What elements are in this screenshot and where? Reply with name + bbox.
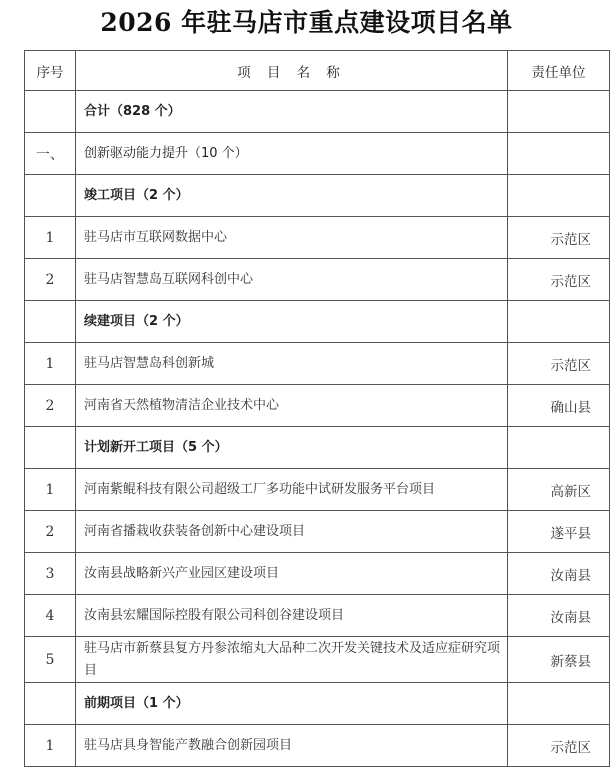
row-seq: 5 bbox=[25, 637, 76, 683]
row-unit: 汝南县 bbox=[508, 595, 610, 637]
table-row: 1 河南紫鲲科技有限公司超级工厂多功能中试研发服务平台项目 高新区 bbox=[25, 469, 610, 511]
row-seq: 2 bbox=[25, 259, 76, 301]
row-seq bbox=[25, 91, 76, 133]
row-name: 合计（828 个） bbox=[76, 91, 508, 133]
row-name: 前期项目（1 个） bbox=[76, 683, 508, 725]
row-unit bbox=[508, 175, 610, 217]
project-table: 序号 项 目 名 称 责任单位 合计（828 个） 一、 创新驱动能力提升（10… bbox=[24, 50, 610, 767]
row-name: 驻马店市新蔡县复方丹参浓缩丸大品种二次开发关键技术及适应症研究项目 bbox=[76, 637, 508, 683]
row-unit: 示范区 bbox=[508, 725, 610, 767]
row-seq bbox=[25, 301, 76, 343]
row-unit bbox=[508, 133, 610, 175]
row-seq bbox=[25, 427, 76, 469]
table-row: 4 汝南县宏耀国际控股有限公司科创谷建设项目 汝南县 bbox=[25, 595, 610, 637]
row-name: 驻马店智慧岛科创新城 bbox=[76, 343, 508, 385]
row-seq bbox=[25, 683, 76, 725]
row-seq: 1 bbox=[25, 469, 76, 511]
row-unit: 遂平县 bbox=[508, 511, 610, 553]
row-seq: 1 bbox=[25, 343, 76, 385]
row-unit bbox=[508, 427, 610, 469]
row-unit: 新蔡县 bbox=[508, 637, 610, 683]
group-row: 续建项目（2 个） bbox=[25, 301, 610, 343]
row-unit bbox=[508, 683, 610, 725]
row-seq: 3 bbox=[25, 553, 76, 595]
row-name: 驻马店智慧岛互联网科创中心 bbox=[76, 259, 508, 301]
row-unit: 示范区 bbox=[508, 259, 610, 301]
header-project-name: 项 目 名 称 bbox=[76, 51, 508, 91]
row-name: 汝南县战略新兴产业园区建设项目 bbox=[76, 553, 508, 595]
header-responsible-unit: 责任单位 bbox=[508, 51, 610, 91]
row-unit: 确山县 bbox=[508, 385, 610, 427]
row-name: 驻马店市互联网数据中心 bbox=[76, 217, 508, 259]
row-name: 河南省播栽收获装备创新中心建设项目 bbox=[76, 511, 508, 553]
row-seq: 一、 bbox=[25, 133, 76, 175]
table-row: 1 驻马店市互联网数据中心 示范区 bbox=[25, 217, 610, 259]
table-row: 1 驻马店具身智能产教融合创新园项目 示范区 bbox=[25, 725, 610, 767]
row-name: 汝南县宏耀国际控股有限公司科创谷建设项目 bbox=[76, 595, 508, 637]
group-row: 计划新开工项目（5 个） bbox=[25, 427, 610, 469]
total-row: 合计（828 个） bbox=[25, 91, 610, 133]
row-unit: 高新区 bbox=[508, 469, 610, 511]
table-row: 2 驻马店智慧岛互联网科创中心 示范区 bbox=[25, 259, 610, 301]
row-seq: 4 bbox=[25, 595, 76, 637]
row-seq: 2 bbox=[25, 385, 76, 427]
row-name: 竣工项目（2 个） bbox=[76, 175, 508, 217]
row-seq: 2 bbox=[25, 511, 76, 553]
table-row: 5 驻马店市新蔡县复方丹参浓缩丸大品种二次开发关键技术及适应症研究项目 新蔡县 bbox=[25, 637, 610, 683]
row-name: 驻马店具身智能产教融合创新园项目 bbox=[76, 725, 508, 767]
page-title: 2026 年驻马店市重点建设项目名单 bbox=[0, 6, 613, 40]
row-seq bbox=[25, 175, 76, 217]
row-unit: 汝南县 bbox=[508, 553, 610, 595]
row-name: 创新驱动能力提升（10 个） bbox=[76, 133, 508, 175]
row-unit bbox=[508, 301, 610, 343]
table-header-row: 序号 项 目 名 称 责任单位 bbox=[25, 51, 610, 91]
row-unit: 示范区 bbox=[508, 217, 610, 259]
row-name: 河南省天然植物清洁企业技术中心 bbox=[76, 385, 508, 427]
row-seq: 1 bbox=[25, 725, 76, 767]
row-name: 河南紫鲲科技有限公司超级工厂多功能中试研发服务平台项目 bbox=[76, 469, 508, 511]
row-unit: 示范区 bbox=[508, 343, 610, 385]
row-name: 续建项目（2 个） bbox=[76, 301, 508, 343]
table-row: 2 河南省播栽收获装备创新中心建设项目 遂平县 bbox=[25, 511, 610, 553]
category-row: 一、 创新驱动能力提升（10 个） bbox=[25, 133, 610, 175]
table-row: 1 驻马店智慧岛科创新城 示范区 bbox=[25, 343, 610, 385]
table-row: 3 汝南县战略新兴产业园区建设项目 汝南县 bbox=[25, 553, 610, 595]
header-seq: 序号 bbox=[25, 51, 76, 91]
group-row: 前期项目（1 个） bbox=[25, 683, 610, 725]
row-unit bbox=[508, 91, 610, 133]
table-row: 2 河南省天然植物清洁企业技术中心 确山县 bbox=[25, 385, 610, 427]
row-name: 计划新开工项目（5 个） bbox=[76, 427, 508, 469]
group-row: 竣工项目（2 个） bbox=[25, 175, 610, 217]
row-seq: 1 bbox=[25, 217, 76, 259]
